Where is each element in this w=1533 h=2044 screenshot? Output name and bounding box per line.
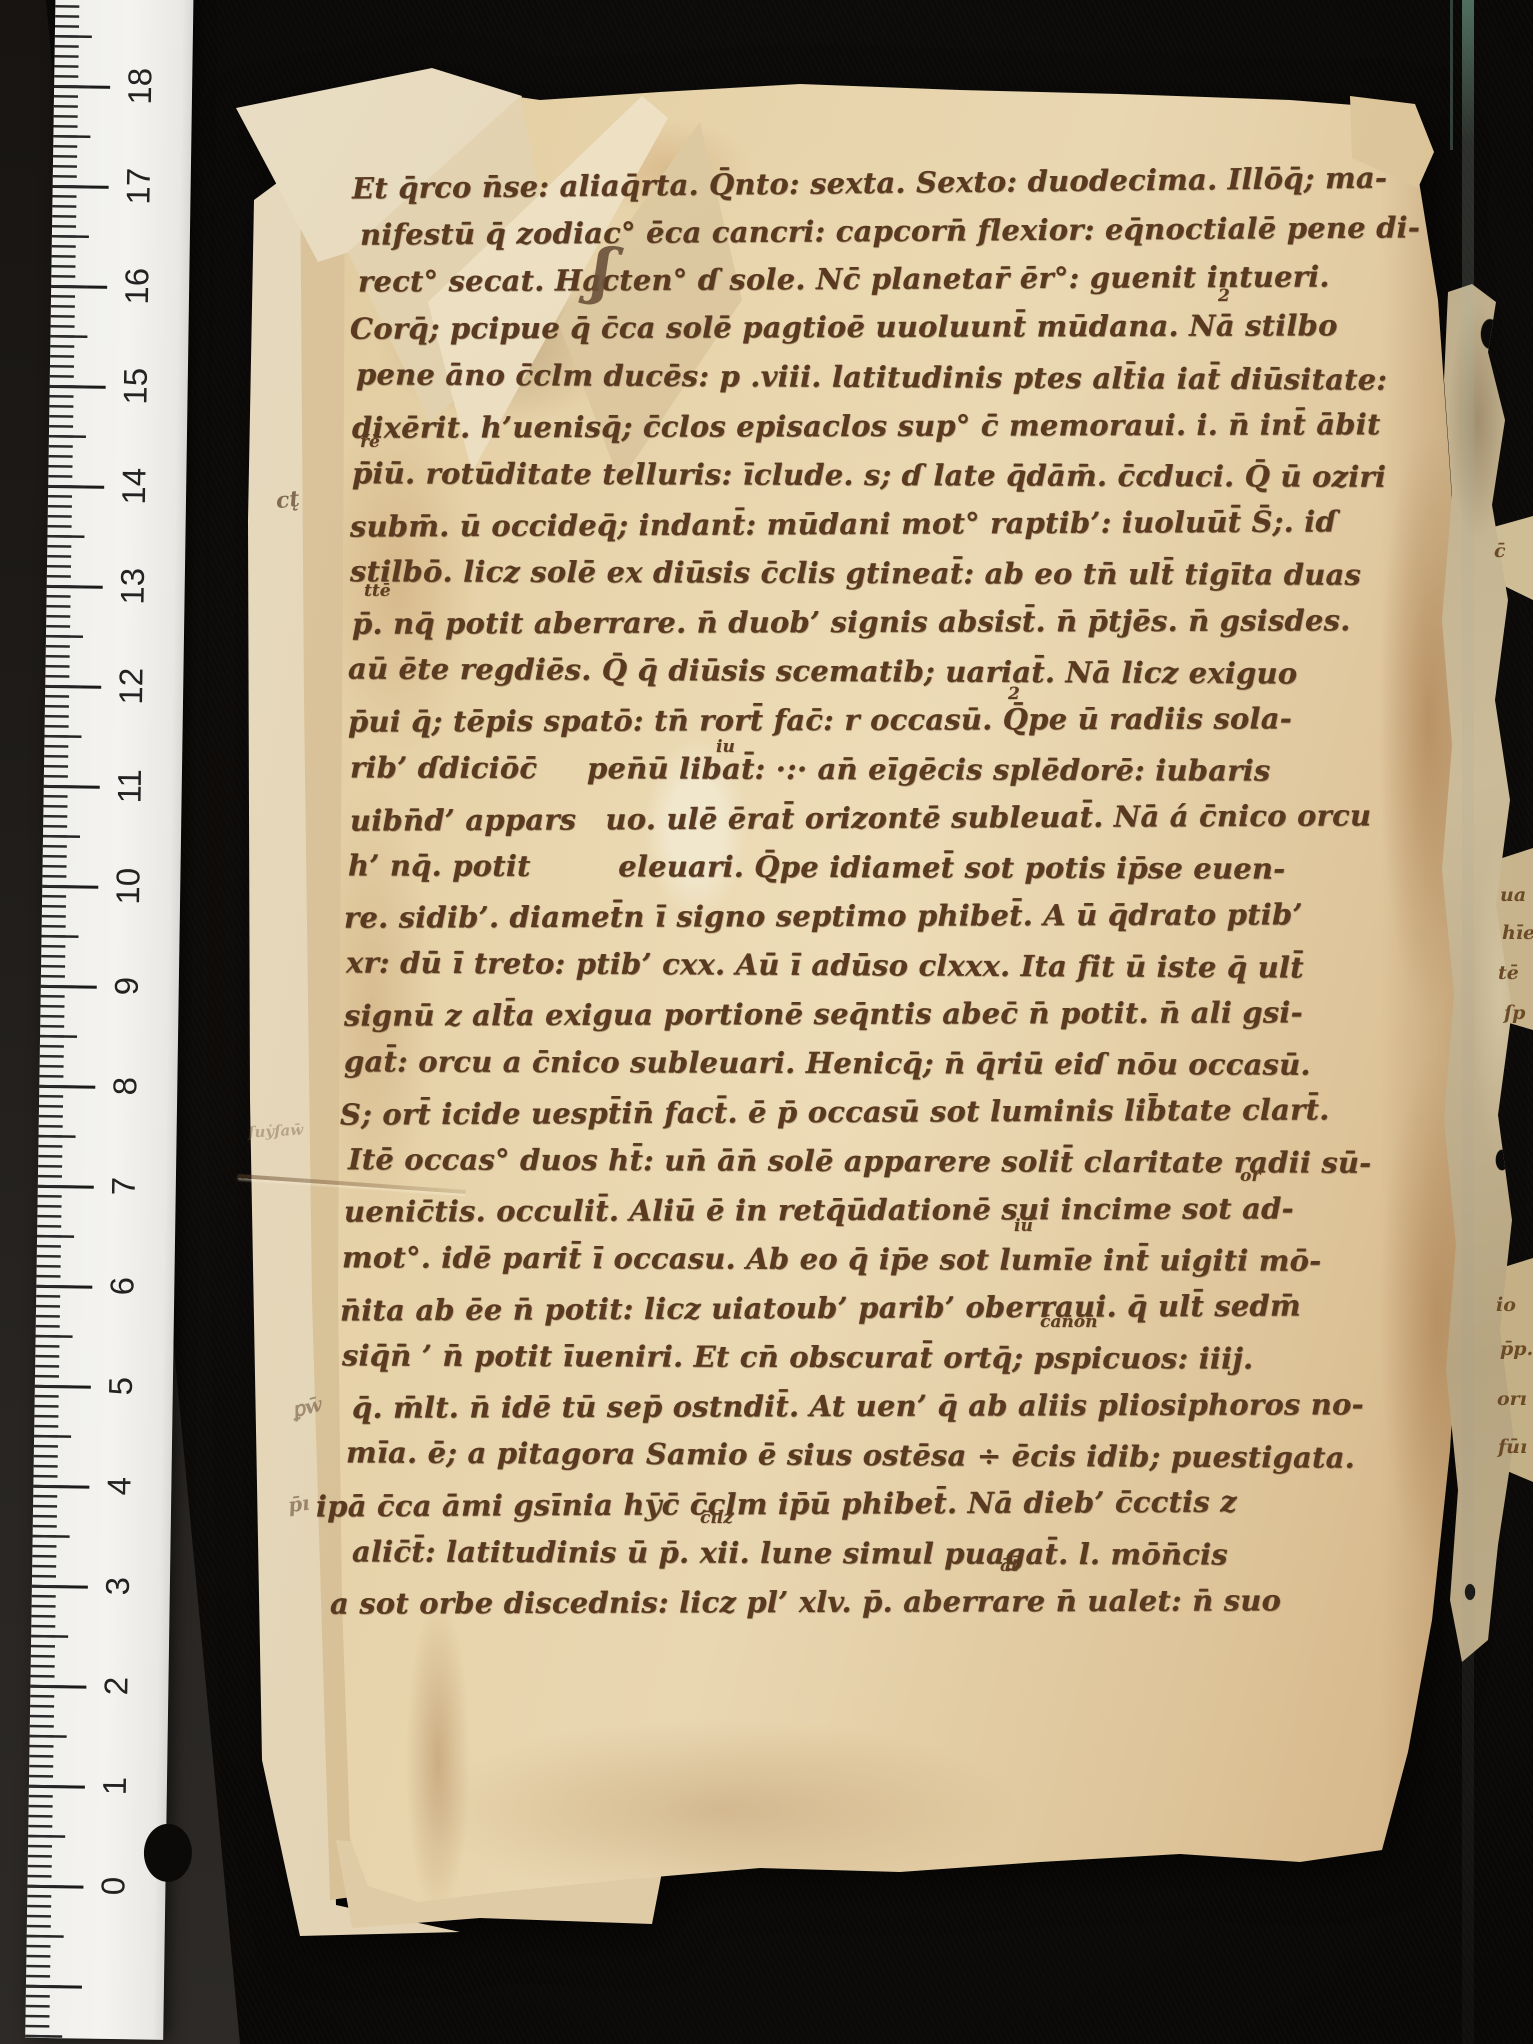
manuscript-line: mīa. ē; a pitagora Samio ē sius ostēsa ÷…	[346, 1435, 1355, 1474]
margin-note: ſuẏſaw̄	[248, 1121, 304, 1142]
manuscript-line: dixērit. h’uenisq̄; c̄clos episaclos sup…	[352, 407, 1381, 445]
interlinear-gloss: or	[1240, 1166, 1260, 1186]
manuscript-line: subm̄. ū occideq̄; indant̄: mūdani mot° …	[350, 504, 1337, 543]
manuscript-line: h’ nq̄. potit eleuari. Q̄pe idiamet̄ sot…	[348, 848, 1286, 885]
margin-note: p̄ı	[286, 1491, 311, 1518]
manuscript-line: rect° secat. Hacten° ɗ sole. Nc̄ planeta…	[358, 259, 1330, 298]
interlinear-gloss: iu̅	[1014, 1216, 1033, 1236]
manuscript-line: p̄. nq̄ potit aberrare. n̄ duob’ signis …	[352, 603, 1351, 640]
manuscript-line: stilbō. licz solē ex diūsis c̄clis gtine…	[350, 554, 1361, 592]
manuscript-line: p̄iū. rotūditate telluris: īclude. s; ɗ …	[352, 456, 1386, 494]
manuscript-line: n̄ita ab ēe n̄ potit: licz uiatoub’ pari…	[340, 1288, 1301, 1327]
interlinear-gloss: c̄anōn	[1040, 1312, 1097, 1332]
manuscript-line: pene āno c̄clm ducēs: p .viii. latitudin…	[356, 357, 1387, 396]
glass-plate-edge	[1462, 0, 1474, 2044]
folio-text-fragment: hīe	[1502, 922, 1533, 944]
manuscript-line: p̄ui q̄; tēpis spatō: tn̄ rort̄ fac̄: r …	[348, 701, 1292, 738]
folio-text-fragment: c̄	[1494, 540, 1506, 562]
folio-text-fragment: ua	[1500, 884, 1526, 906]
manuscript-line: re. sidib’. diamet̄n ī signo septimo phi…	[344, 897, 1303, 934]
manuscript-line: Corq̄; pcipue q̄ c̄ca solē pagtioē uuolu…	[350, 308, 1338, 345]
interlinear-gloss: iu	[716, 737, 735, 757]
folio-text-fragment: ſp	[1504, 1002, 1525, 1024]
manuscript-line: siq̄n̄ ’ n̄ potit īueniri. Et cn̄ obscur…	[342, 1338, 1253, 1375]
manuscript-line: a sot orbe discednis: licz pl’ xlv. p̄. …	[330, 1583, 1281, 1620]
interlinear-gloss: ttē	[364, 581, 391, 601]
manuscript-line: q̄. m̄lt. n̄ idē tū sep̄ ostndit̄. At ue…	[352, 1387, 1364, 1425]
interlinear-gloss: 2	[1008, 684, 1020, 704]
folio-text-fragment: tē	[1498, 962, 1519, 984]
manuscript-line: uibn̄d’ appars uo. ulē ērat̄ orizontē su…	[350, 798, 1371, 837]
manuscript-line: xr: dū ī treto: ptib’ cxx. Aū ī adūso cl…	[346, 945, 1304, 984]
manuscript-line: alic̄t̄: latitudinis ū p̄. xii. lune sim…	[352, 1534, 1228, 1571]
manuscript-line: S; ort̄ icide uespt̄in̄ fact̄. ē p̄ occa…	[340, 1092, 1330, 1131]
folio-text-fragment: fūı	[1498, 1436, 1527, 1458]
manuscript-line: rib’ ɗdiciōc̄ pen̄ū libat̄: ·:· an̄ eīgē…	[350, 750, 1271, 787]
margin-note: ct̨	[275, 486, 301, 514]
manuscript-line: ipā c̄ca āmi gsīnia hȳc̄ c̄clm ip̄ū phib…	[316, 1485, 1237, 1524]
manuscript-photo: 1817161514131211109876543210 Et q̄rco n̄…	[0, 0, 1533, 2044]
manuscript-line: aū ēte regdiēs. Q̄ q̄ diūsis scematib; u…	[348, 652, 1298, 691]
manuscript-line: uenic̄tis. occulit̄. Aliū ē in retq̄ūdat…	[344, 1191, 1294, 1228]
folio-text-fragment: io	[1496, 1294, 1516, 1316]
interlinear-gloss: c̄ılz	[700, 1508, 733, 1528]
manuscript-line: mot°. idē parit̄ ī occasu. Ab eo q̄ ip̄e…	[342, 1240, 1322, 1277]
glass-plate-edge	[1450, 0, 1453, 150]
interlinear-gloss: ŕē	[360, 432, 380, 452]
page-stack: Et q̄rco n̄se: aliaq̄rta. Q̄nto: sexta. …	[0, 0, 1533, 2044]
interlinear-gloss: 2	[1218, 286, 1230, 306]
manuscript-line: signū z alt̄a exigua portionē seq̄ntis a…	[344, 995, 1303, 1032]
folio-text-fragment: p̄p.	[1500, 1338, 1533, 1360]
folio-text-fragment: orı	[1497, 1388, 1527, 1410]
manuscript-line: Itē occas° duos ht̄: un̄ ān̄ solē appare…	[348, 1142, 1372, 1180]
manuscript-line: gat̄: orcu a c̄nico subleuari. Henicq̄; …	[344, 1044, 1311, 1081]
interlinear-gloss: āt̄	[1000, 1556, 1019, 1576]
